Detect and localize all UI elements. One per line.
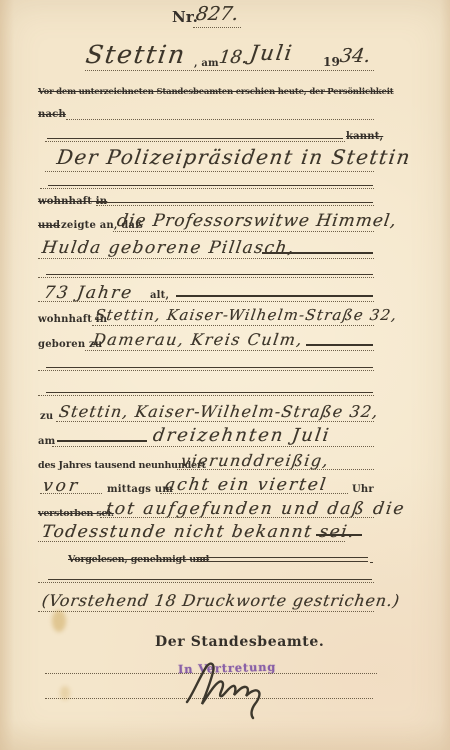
deceased-name-line2: Hulda geborene Pillasch, xyxy=(41,238,297,258)
signature-scrawl xyxy=(183,658,283,720)
dateline-year-written: 34. xyxy=(338,45,371,67)
rule-finding1 xyxy=(100,517,374,518)
rule-death-year xyxy=(177,469,374,470)
rule-blank2-solid xyxy=(46,274,373,275)
deceased-name-line1: die Professorswitwe Himmel, xyxy=(116,211,399,231)
official-title: Der Standesbeamte. xyxy=(155,634,324,650)
fill-dash-finding xyxy=(316,534,362,536)
dateline-city: Stettin xyxy=(84,40,188,69)
intro-line2: nach xyxy=(38,109,66,120)
und-struck-label: und xyxy=(38,220,60,231)
vorgelesen-period xyxy=(370,562,373,563)
rule-wohnhaft-solid xyxy=(96,202,373,203)
record-number-value: 827. xyxy=(194,3,239,25)
rule-residence xyxy=(92,325,374,326)
age-entry: 73 Jahre xyxy=(43,283,135,303)
rule-kannt-dot xyxy=(45,141,345,142)
rule-finding2 xyxy=(38,541,345,542)
rule-under-record-number xyxy=(193,27,241,28)
intro-line3-tail: kannt, xyxy=(346,131,383,142)
rule-dateline xyxy=(85,70,374,71)
intro-line1: Vor dem unterzeichneten Standesbeamten e… xyxy=(38,87,393,97)
paper-stain xyxy=(52,610,66,632)
rule-time xyxy=(160,493,348,494)
dateline-am-label: , am xyxy=(194,58,219,69)
rule-intro xyxy=(66,119,374,120)
rule-blank1-solid xyxy=(48,185,373,186)
fill-dash-age xyxy=(176,295,373,297)
rule-death-place xyxy=(56,421,374,422)
rule-blank2-dot xyxy=(38,277,374,278)
rule-birthplace xyxy=(85,350,374,351)
zu-label: zu xyxy=(40,411,53,422)
rule-note xyxy=(38,611,374,612)
finding-line2: Todesstunde nicht bekannt sei. xyxy=(41,522,357,542)
rule-blank4-solid xyxy=(46,392,373,393)
fill-dash-birthplace xyxy=(306,344,373,346)
residence-entry: Stettin, Kaiser-Wilhelm-Straße 32, xyxy=(94,306,399,324)
declarant-entry: Der Polizeipräsident in Stettin xyxy=(55,145,412,169)
rule-wohnhaft-dot xyxy=(96,205,374,206)
rule-blank3-dot xyxy=(38,370,374,371)
dateline-month: Juli xyxy=(248,41,295,65)
rule-kannt-solid xyxy=(47,138,343,139)
birthplace-entry: Damerau, Kreis Culm, xyxy=(92,330,305,349)
document-page: Nr. 827. Stettin , am 18. Juli 19 34. Vo… xyxy=(0,0,450,750)
rule-declarant xyxy=(45,171,374,172)
rule-vorgelesen-double xyxy=(196,557,368,562)
fill-dash-deceased xyxy=(262,252,373,254)
dateline-day: 18. xyxy=(218,47,250,68)
rule-vor xyxy=(40,493,102,494)
rule-deceased1 xyxy=(113,231,374,232)
rule-deceased2 xyxy=(38,258,374,259)
rule-death-day xyxy=(52,446,374,447)
rule-blank3-solid xyxy=(46,367,373,368)
paper-stain xyxy=(60,686,70,700)
death-time-entry: acht ein viertel xyxy=(164,475,329,495)
correction-note: (Vorstehend 18 Druckworte gestrichen.) xyxy=(41,591,402,610)
rule-blank5-solid xyxy=(48,579,372,580)
fill-dash-death-day xyxy=(57,440,147,442)
vorgelesen-struck-label: Vorgelesen, genehmigt und xyxy=(68,554,209,565)
rule-age xyxy=(38,301,374,302)
finding-line1: tot aufgefunden und daß die xyxy=(105,499,407,519)
death-year-entry: vierunddreißig, xyxy=(180,451,331,470)
death-place-entry: Stettin, Kaiser-Wilhelm-Straße 32, xyxy=(58,402,380,421)
rule-blank5-dot xyxy=(38,582,374,583)
rule-blank4-dot xyxy=(38,395,374,396)
death-day-entry: dreizehnten Juli xyxy=(152,425,332,446)
alt-label: alt, xyxy=(150,290,169,301)
rule-blank1-dot xyxy=(40,188,374,189)
uhr-label: Uhr xyxy=(352,484,374,495)
